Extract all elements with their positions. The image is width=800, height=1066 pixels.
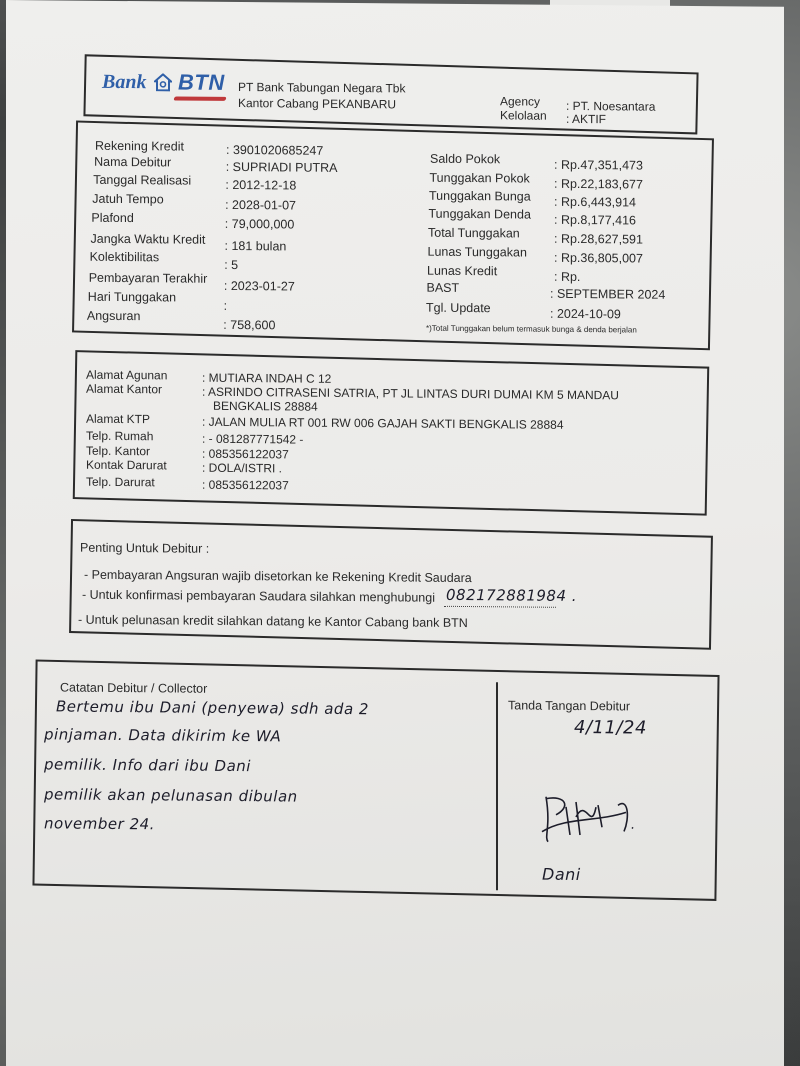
address-label: Telp. Kantor	[86, 444, 150, 459]
loan-field-label: Plafond	[91, 211, 133, 225]
loan-field-value: : Rp.6,443,914	[554, 195, 636, 210]
loan-field-value: :	[224, 299, 227, 313]
loan-field-label: Tgl. Update	[426, 301, 491, 316]
brand-swoosh	[173, 96, 226, 100]
signature-title: Tanda Tangan Debitur	[508, 698, 630, 713]
address-label: Telp. Darurat	[86, 475, 155, 490]
signature-scribble	[536, 787, 646, 848]
handwritten-phone: 082172881984 .	[446, 586, 577, 605]
loan-footnote: *)Total Tunggakan belum termasuk bunga &…	[426, 324, 637, 335]
loan-field-label: Lunas Tunggakan	[428, 245, 527, 260]
loan-field-value: : 758,600	[223, 318, 275, 332]
kelolaan-label: Kelolaan	[500, 108, 547, 122]
loan-field-value: : 3901020685247	[226, 143, 323, 158]
loan-field-label: Kolektibilitas	[90, 250, 159, 265]
loan-field-value: : 181 bulan	[225, 239, 287, 254]
loan-field-label: Tunggakan Pokok	[430, 171, 530, 186]
loan-field-label: Rekening Kredit	[95, 139, 184, 154]
branch-name: Kantor Cabang PEKANBARU	[238, 96, 396, 111]
loan-field-label: Tunggakan Denda	[429, 207, 531, 222]
loan-field-value: : 2024-10-09	[550, 307, 621, 322]
loan-field-label: Jatuh Tempo	[92, 192, 163, 207]
loan-field-value: : 2012-12-18	[225, 178, 296, 193]
address-value: : - 081287771542 -	[202, 432, 303, 447]
notes-title: Catatan Debitur / Collector	[60, 680, 207, 695]
notes-line: pinjaman. Data dikirim ke WA	[44, 725, 281, 745]
loan-field-label: Angsuran	[87, 309, 141, 323]
signature-name: Dani	[542, 865, 581, 884]
loan-field-value: : Rp.22,183,677	[554, 177, 643, 192]
loan-field-label: Tanggal Realisasi	[93, 173, 191, 188]
loan-field-label: Jangka Waktu Kredit	[91, 232, 206, 247]
notes-box	[32, 659, 719, 900]
kelolaan-value: : AKTIF	[566, 112, 606, 126]
loan-field-value: : 79,000,000	[225, 217, 295, 232]
loan-field-value: : 2023-01-27	[224, 279, 295, 294]
loan-field-label: Tunggakan Bunga	[429, 189, 531, 204]
company-name: PT Bank Tabungan Negara Tbk	[238, 80, 405, 95]
loan-field-label: Saldo Pokok	[430, 152, 500, 167]
loan-field-label: Lunas Kredit	[427, 264, 497, 279]
address-label: Kontak Darurat	[86, 458, 167, 473]
loan-field-label: Pembayaran Terakhir	[89, 271, 208, 286]
address-value: : MUTIARA INDAH C 12	[202, 371, 331, 386]
loan-field-value: : Rp.47,351,473	[554, 158, 643, 173]
address-value: : DOLA/ISTRI .	[202, 461, 282, 476]
loan-field-label: Nama Debitur	[94, 155, 171, 170]
address-label: Alamat Agunan	[86, 368, 167, 383]
notes-signature-divider	[496, 682, 498, 890]
address-box	[73, 350, 710, 516]
loan-field-value: : SUPRIADI PUTRA	[226, 160, 338, 175]
notes-line: pemilik. Info dari ibu Dani	[44, 755, 251, 775]
notes-line: Bertemu ibu Dani (penyewa) sdh ada 2	[56, 697, 369, 718]
loan-field-value: : Rp.8,177,416	[554, 213, 636, 228]
important-title: Penting Untuk Debitur :	[80, 541, 209, 556]
loan-field-value: : SEPTEMBER 2024	[550, 287, 665, 302]
collection-notice-document: Bank BTN PT Bank Tabungan Negara Tbk Kan…	[6, 0, 784, 1066]
address-label: Telp. Rumah	[86, 429, 153, 444]
loan-field-label: Total Tunggakan	[428, 226, 520, 241]
loan-field-value: : Rp.	[554, 270, 580, 284]
loan-field-value: : 2028-01-07	[225, 198, 296, 213]
address-value: : 085356122037	[202, 478, 289, 493]
loan-field-value: : 5	[224, 257, 238, 271]
house-icon	[154, 73, 172, 91]
loan-field-value: : Rp.36,805,007	[554, 251, 643, 266]
signature-date: 4/11/24	[574, 717, 647, 739]
loan-field-label: Hari Tunggakan	[88, 290, 176, 305]
loan-field-value: : Rp.28,627,591	[554, 232, 643, 247]
brand-word: Bank	[102, 71, 146, 94]
address-label: Alamat Kantor	[86, 382, 162, 397]
address-value-continued: BENGKALIS 28884	[213, 399, 318, 414]
address-value: : 085356122037	[202, 447, 289, 462]
brand-mark: BTN	[178, 70, 225, 96]
notes-line: pemilik akan pelunasan dibulan	[44, 785, 298, 805]
address-label: Alamat KTP	[86, 412, 150, 427]
agency-label: Agency	[500, 94, 540, 108]
notes-line: november 24.	[44, 814, 155, 833]
loan-field-label: BAST	[427, 281, 460, 295]
